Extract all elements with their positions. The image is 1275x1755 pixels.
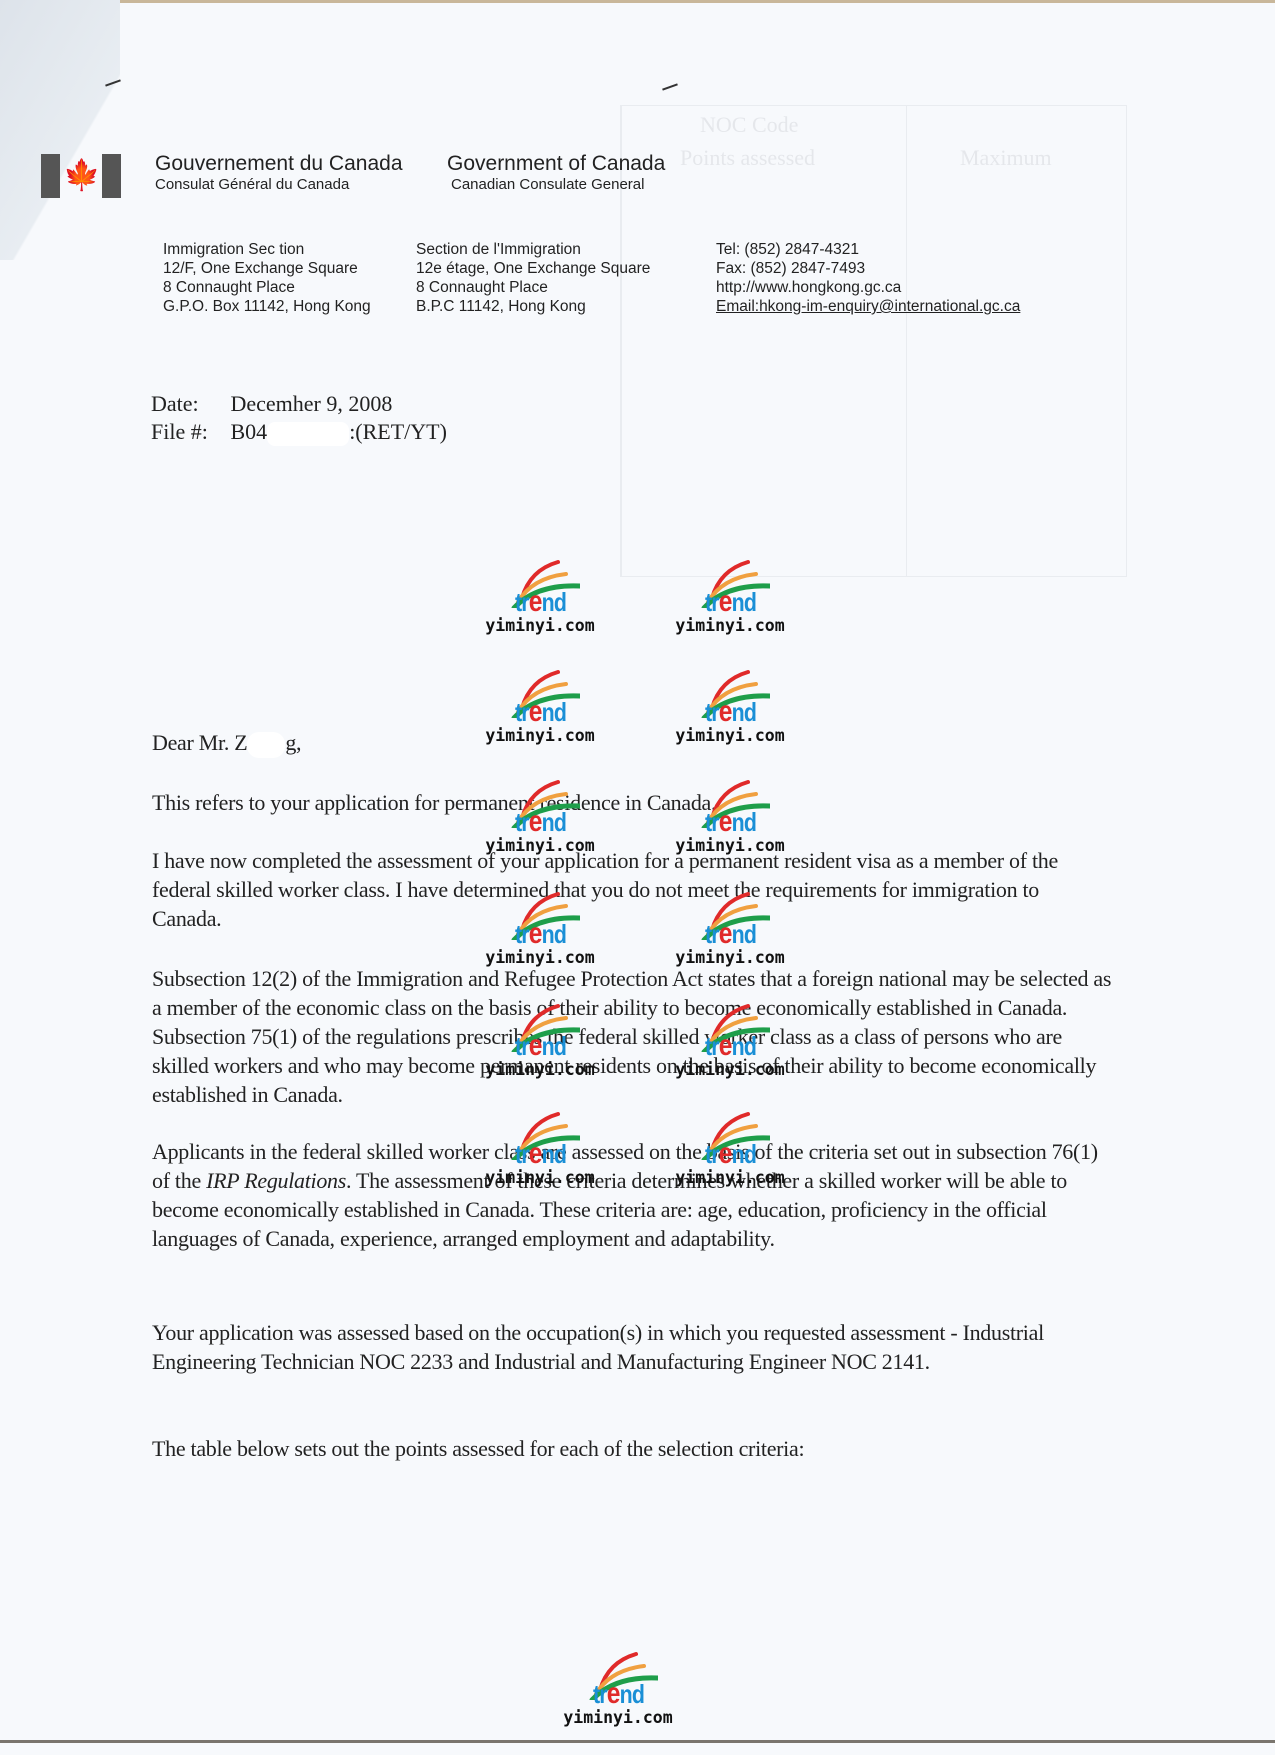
bleed-header-noc: NOC Code xyxy=(700,112,798,138)
paragraph-table-intro: The table below sets out the points asse… xyxy=(152,1434,1112,1463)
address-french: Section de l'Immigration 12e étage, One … xyxy=(416,240,650,316)
english-gov-name: Government of Canada xyxy=(447,152,665,176)
trend-arcs-icon xyxy=(500,558,580,608)
canada-flag-icon: 🍁 xyxy=(41,154,121,198)
paragraph-criteria: Applicants in the federal skilled worker… xyxy=(152,1137,1112,1253)
bleed-through-table xyxy=(620,105,1127,577)
contact-info: Tel: (852) 2847-4321 Fax: (852) 2847-749… xyxy=(716,240,1020,316)
trend-logo: trend xyxy=(515,588,566,616)
redaction xyxy=(247,732,285,758)
letterhead-english: Government of Canada Canadian Consulate … xyxy=(447,152,665,194)
date-line: Date: Decemher 9, 2008 xyxy=(151,390,392,418)
bleed-header-points: Points assessed xyxy=(680,145,815,171)
trend-arcs-icon xyxy=(578,1650,658,1700)
file-label: File #: xyxy=(151,418,225,446)
watermark-site: yiminyi.com xyxy=(660,616,800,635)
watermark: trend yiminyi.com xyxy=(548,1650,688,1734)
website-link[interactable]: http://www.hongkong.gc.ca xyxy=(716,278,1020,297)
date-value: Decemher 9, 2008 xyxy=(231,391,393,416)
trend-logo: trend xyxy=(705,698,756,726)
file-line: File #: B04:(RET/YT) xyxy=(151,418,447,446)
letter-page: NOC Code Points assessed Maximum 🍁 Gouve… xyxy=(0,0,1275,1740)
letterhead-french: Gouvernement du Canada Consulat Général … xyxy=(155,152,403,194)
email-link[interactable]: Email:hkong-im-enquiry@international.gc.… xyxy=(716,297,1020,316)
french-office-name: Consulat Général du Canada xyxy=(155,176,403,194)
paragraph-intro: This refers to your application for perm… xyxy=(152,788,1112,817)
bleed-header-maximum: Maximum xyxy=(960,145,1052,171)
trend-logo: trend xyxy=(593,1680,644,1708)
french-gov-name: Gouvernement du Canada xyxy=(155,152,403,176)
trend-arcs-icon xyxy=(500,668,580,718)
fax: Fax: (852) 2847-7493 xyxy=(716,259,1020,278)
scan-bottom-edge xyxy=(0,1740,1275,1743)
paragraph-decision: I have now completed the assessment of y… xyxy=(152,846,1112,933)
trend-logo: trend xyxy=(515,698,566,726)
date-label: Date: xyxy=(151,390,225,418)
watermark-site: yiminyi.com xyxy=(548,1708,688,1727)
file-suffix: :(RET/YT) xyxy=(349,419,447,444)
scan-shadow xyxy=(0,0,120,260)
paragraph-legal-basis: Subsection 12(2) of the Immigration and … xyxy=(152,964,1112,1109)
trend-arcs-icon xyxy=(690,668,770,718)
salutation: Dear Mr. Zg, xyxy=(152,728,1112,758)
phone: Tel: (852) 2847-4321 xyxy=(716,240,1020,259)
english-office-name: Canadian Consulate General xyxy=(447,176,665,194)
maple-leaf-icon: 🍁 xyxy=(63,158,99,194)
redaction xyxy=(267,422,349,446)
file-prefix: B04 xyxy=(231,419,268,444)
address-english: Immigration Sec tion 12/F, One Exchange … xyxy=(163,240,371,316)
watermark: trend yiminyi.com xyxy=(470,558,610,642)
watermark-site: yiminyi.com xyxy=(470,616,610,635)
paragraph-occupation: Your application was assessed based on t… xyxy=(152,1318,1112,1376)
trend-logo: trend xyxy=(705,588,756,616)
